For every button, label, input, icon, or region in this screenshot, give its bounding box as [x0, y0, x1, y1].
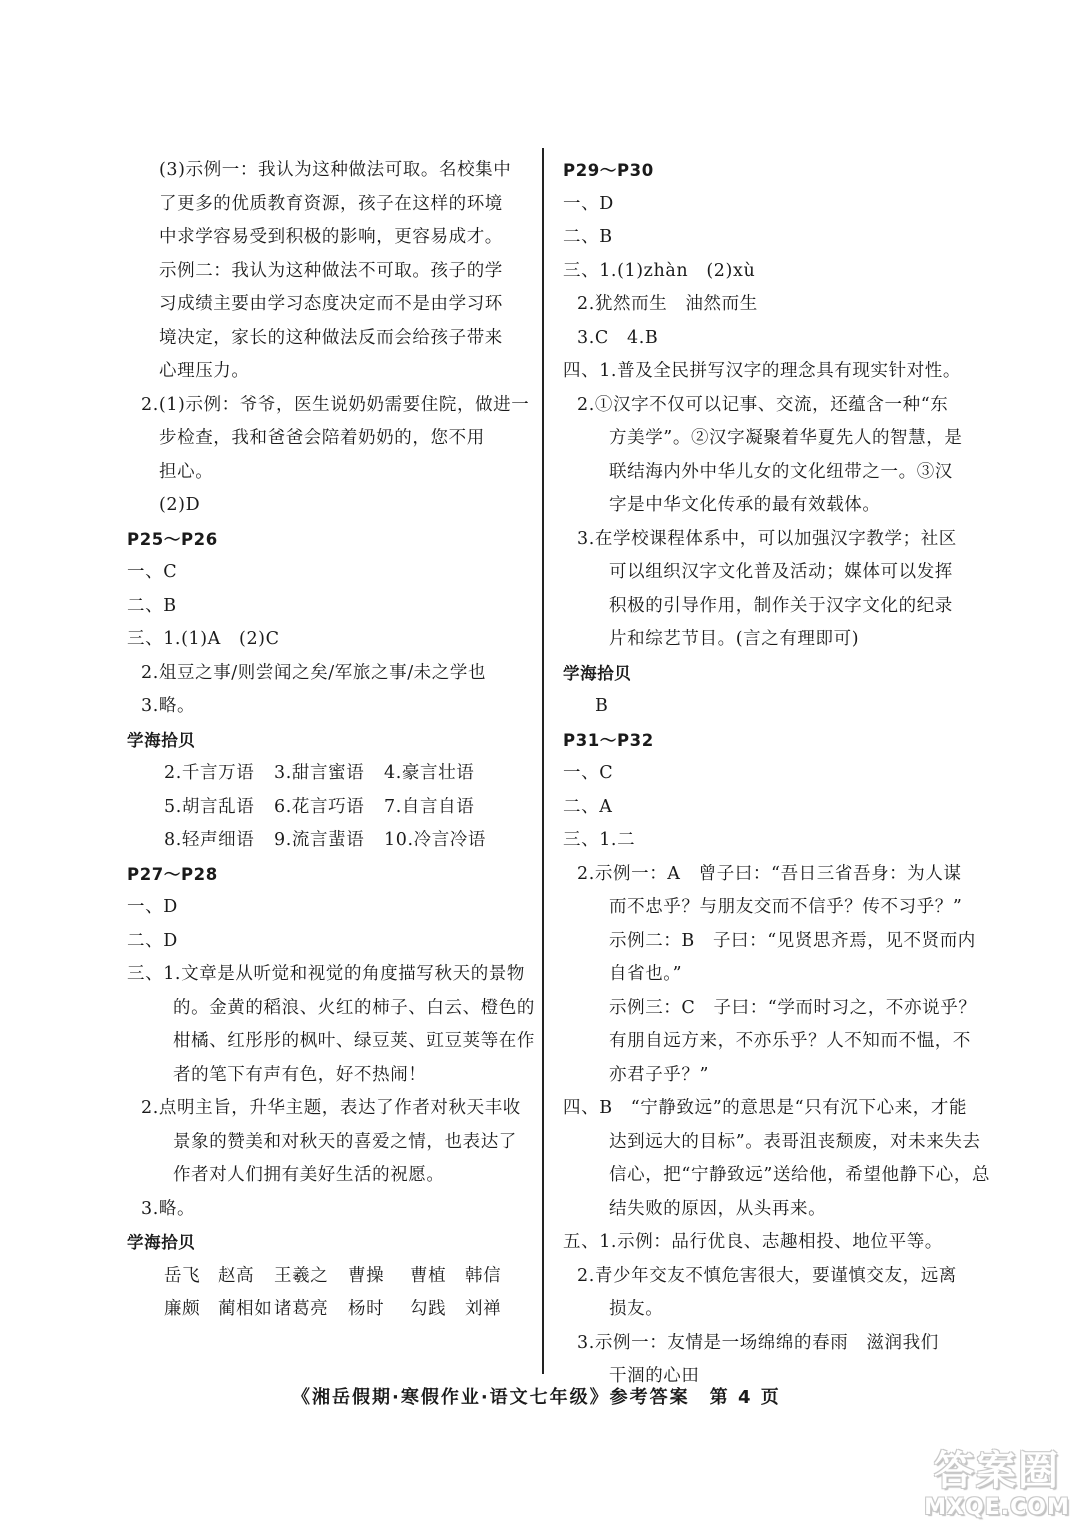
answer-line: 片和综艺节目。(言之有理即可)	[563, 623, 983, 657]
answer-line: 亦君子乎？”	[563, 1059, 983, 1093]
answer-line: 了更多的优质教育资源，孩子在这样的环境	[127, 188, 527, 222]
section-heading: 学海拾贝	[127, 724, 527, 758]
left-column: (3)示例一：我认为这种做法可取。名校集中了更多的优质教育资源，孩子在这样的环境…	[127, 154, 527, 1327]
answer-line: 2.①汉字不仅可以记事、交流，还蕴含一种“东	[563, 389, 983, 423]
name-item: 勾践	[410, 1293, 465, 1327]
names-row: 廉颇蔺相如诸葛亮杨时勾践刘禅	[127, 1293, 527, 1327]
answer-line: 二、B	[563, 221, 983, 255]
idiom-row: 2.千言万语3.甜言蜜语4.豪言壮语	[127, 757, 527, 791]
answer-line: 而不忠乎？与朋友交而不信乎？传不习乎？”	[563, 891, 983, 925]
answer-line: 习成绩主要由学习态度决定而不是由学习环	[127, 288, 527, 322]
answer-line: 2.犹然而生 油然而生	[563, 288, 983, 322]
answer-line: 达到远大的目标”。表哥沮丧颓废，对未来失去	[563, 1126, 983, 1160]
answer-line: 四、B “宁静致远”的意思是“只有沉下心来，才能	[563, 1092, 983, 1126]
name-item: 蔺相如	[218, 1293, 274, 1327]
answer-line: 一、D	[127, 891, 527, 925]
answer-line: 二、D	[127, 925, 527, 959]
answer-line: 字是中华文化传承的最有效载体。	[563, 489, 983, 523]
answer-line: 方美学”。②汉字凝聚着华夏先人的智慧，是	[563, 422, 983, 456]
answer-line: 者的笔下有声有色，好不热闹！	[127, 1059, 527, 1093]
answer-line: 损友。	[563, 1293, 983, 1327]
answer-line: 的。金黄的稻浪、火红的柿子、白云、橙色的	[127, 992, 527, 1026]
answer-line: 一、C	[563, 757, 983, 791]
answer-line: 担心。	[127, 456, 527, 490]
idiom-row: 8.轻声细语9.流言蜚语10.冷言冷语	[127, 824, 527, 858]
name-item: 曹植	[410, 1260, 465, 1294]
idiom-item: 8.轻声细语	[164, 824, 274, 858]
column-divider	[542, 148, 544, 1374]
answer-line: 联结海内外中华儿女的文化纽带之一。③汉	[563, 456, 983, 490]
answer-line: 2.示例一：A 曾子曰：“吾日三省吾身：为人谋	[563, 858, 983, 892]
section-heading: P27～P28	[127, 858, 527, 892]
section-heading: 学海拾贝	[563, 657, 983, 691]
answer-line: 3.在学校课程体系中，可以加强汉字教学；社区	[563, 523, 983, 557]
answer-line: 二、A	[563, 791, 983, 825]
answer-line: 信心，把“宁静致远”送给他，希望他静下心，总	[563, 1159, 983, 1193]
answer-line: 示例二：我认为这种做法不可取。孩子的学	[127, 255, 527, 289]
idiom-item: 10.冷言冷语	[384, 824, 514, 858]
name-item: 廉颇	[164, 1293, 218, 1327]
name-item: 曹操	[348, 1260, 410, 1294]
answer-line: 3.C 4.B	[563, 322, 983, 356]
section-heading: 学海拾贝	[127, 1226, 527, 1260]
answer-line: (2)D	[127, 489, 527, 523]
right-column: P29～P30一、D二、B三、1.(1)zhàn (2)xù2.犹然而生 油然而…	[563, 154, 983, 1394]
answer-line: 可以组织汉字文化普及活动；媒体可以发挥	[563, 556, 983, 590]
answer-line: 2.俎豆之事/则尝闻之矣/军旅之事/未之学也	[127, 657, 527, 691]
watermark-en: MXQE.COM	[912, 1494, 1082, 1522]
names-row: 岳飞赵高王羲之曹操曹植韩信	[127, 1260, 527, 1294]
answer-line: 示例三：C 子曰：“学而时习之，不亦说乎？	[563, 992, 983, 1026]
name-item: 岳飞	[164, 1260, 218, 1294]
answer-line: 三、1.(1)A (2)C	[127, 623, 527, 657]
section-heading: P31～P32	[563, 724, 983, 758]
answer-line: 三、1.二	[563, 824, 983, 858]
answer-line: 示例二：B 子曰：“见贤思齐焉，见不贤而内	[563, 925, 983, 959]
answer-line: 心理压力。	[127, 355, 527, 389]
answer-line: 景象的赞美和对秋天的喜爱之情，也表达了	[127, 1126, 527, 1160]
idiom-item: 5.胡言乱语	[164, 791, 274, 825]
name-item: 杨时	[348, 1293, 410, 1327]
answer-line: (3)示例一：我认为这种做法可取。名校集中	[127, 154, 527, 188]
answer-line: 二、B	[127, 590, 527, 624]
answer-line: 三、1.文章是从听觉和视觉的角度描写秋天的景物	[127, 958, 527, 992]
answer-line: 中求学容易受到积极的影响，更容易成才。	[127, 221, 527, 255]
idiom-item: 6.花言巧语	[274, 791, 384, 825]
name-item: 诸葛亮	[274, 1293, 348, 1327]
watermark-cn: 答案圈	[912, 1448, 1082, 1494]
answer-line: 3.略。	[127, 690, 527, 724]
answer-line: 步检查，我和爸爸会陪着奶奶的，您不用	[127, 422, 527, 456]
answer-line: 境决定，家长的这种做法反而会给孩子带来	[127, 322, 527, 356]
name-item: 王羲之	[274, 1260, 348, 1294]
page-footer: 《湘岳假期·寒假作业·语文七年级》参考答案 第 4 页	[292, 1383, 781, 1409]
idiom-item: 4.豪言壮语	[384, 757, 514, 791]
answer-line: 结失败的原因，从头再来。	[563, 1193, 983, 1227]
name-item: 韩信	[465, 1260, 525, 1294]
idiom-row: 5.胡言乱语6.花言巧语7.自言自语	[127, 791, 527, 825]
watermark-logo: 答案圈 MXQE.COM	[912, 1448, 1082, 1534]
idiom-item: 2.千言万语	[164, 757, 274, 791]
answer-line: 2.点明主旨，升华主题，表达了作者对秋天丰收	[127, 1092, 527, 1126]
name-item: 刘禅	[465, 1293, 525, 1327]
answer-line: 柑橘、红彤彤的枫叶、绿豆荚、豇豆荚等在作	[127, 1025, 527, 1059]
answer-line: 3.略。	[127, 1193, 527, 1227]
answer-line: 积极的引导作用，制作关于汉字文化的纪录	[563, 590, 983, 624]
name-item: 赵高	[218, 1260, 274, 1294]
answer-line: 作者对人们拥有美好生活的祝愿。	[127, 1159, 527, 1193]
section-heading: P29～P30	[563, 154, 983, 188]
answer-line: 自省也。”	[563, 958, 983, 992]
answer-line: 一、D	[563, 188, 983, 222]
answer-line: 2.(1)示例：爷爷，医生说奶奶需要住院，做进一	[127, 389, 527, 423]
answer-line: 三、1.(1)zhàn (2)xù	[563, 255, 983, 289]
answer-line: 有朋自远方来，不亦乐乎？人不知而不愠，不	[563, 1025, 983, 1059]
idiom-item: 7.自言自语	[384, 791, 514, 825]
idiom-item: 9.流言蜚语	[274, 824, 384, 858]
answer-line: 四、1.普及全民拼写汉字的理念具有现实针对性。	[563, 355, 983, 389]
answer-line: 五、1.示例：品行优良、志趣相投、地位平等。	[563, 1226, 983, 1260]
section-heading: P25～P26	[127, 523, 527, 557]
idiom-item: 3.甜言蜜语	[274, 757, 384, 791]
answer-line: 一、C	[127, 556, 527, 590]
answer-line: 3.示例一：友情是一场绵绵的春雨 滋润我们	[563, 1327, 983, 1361]
answer-line: B	[563, 690, 983, 724]
answer-line: 2.青少年交友不慎危害很大，要谨慎交友，远离	[563, 1260, 983, 1294]
